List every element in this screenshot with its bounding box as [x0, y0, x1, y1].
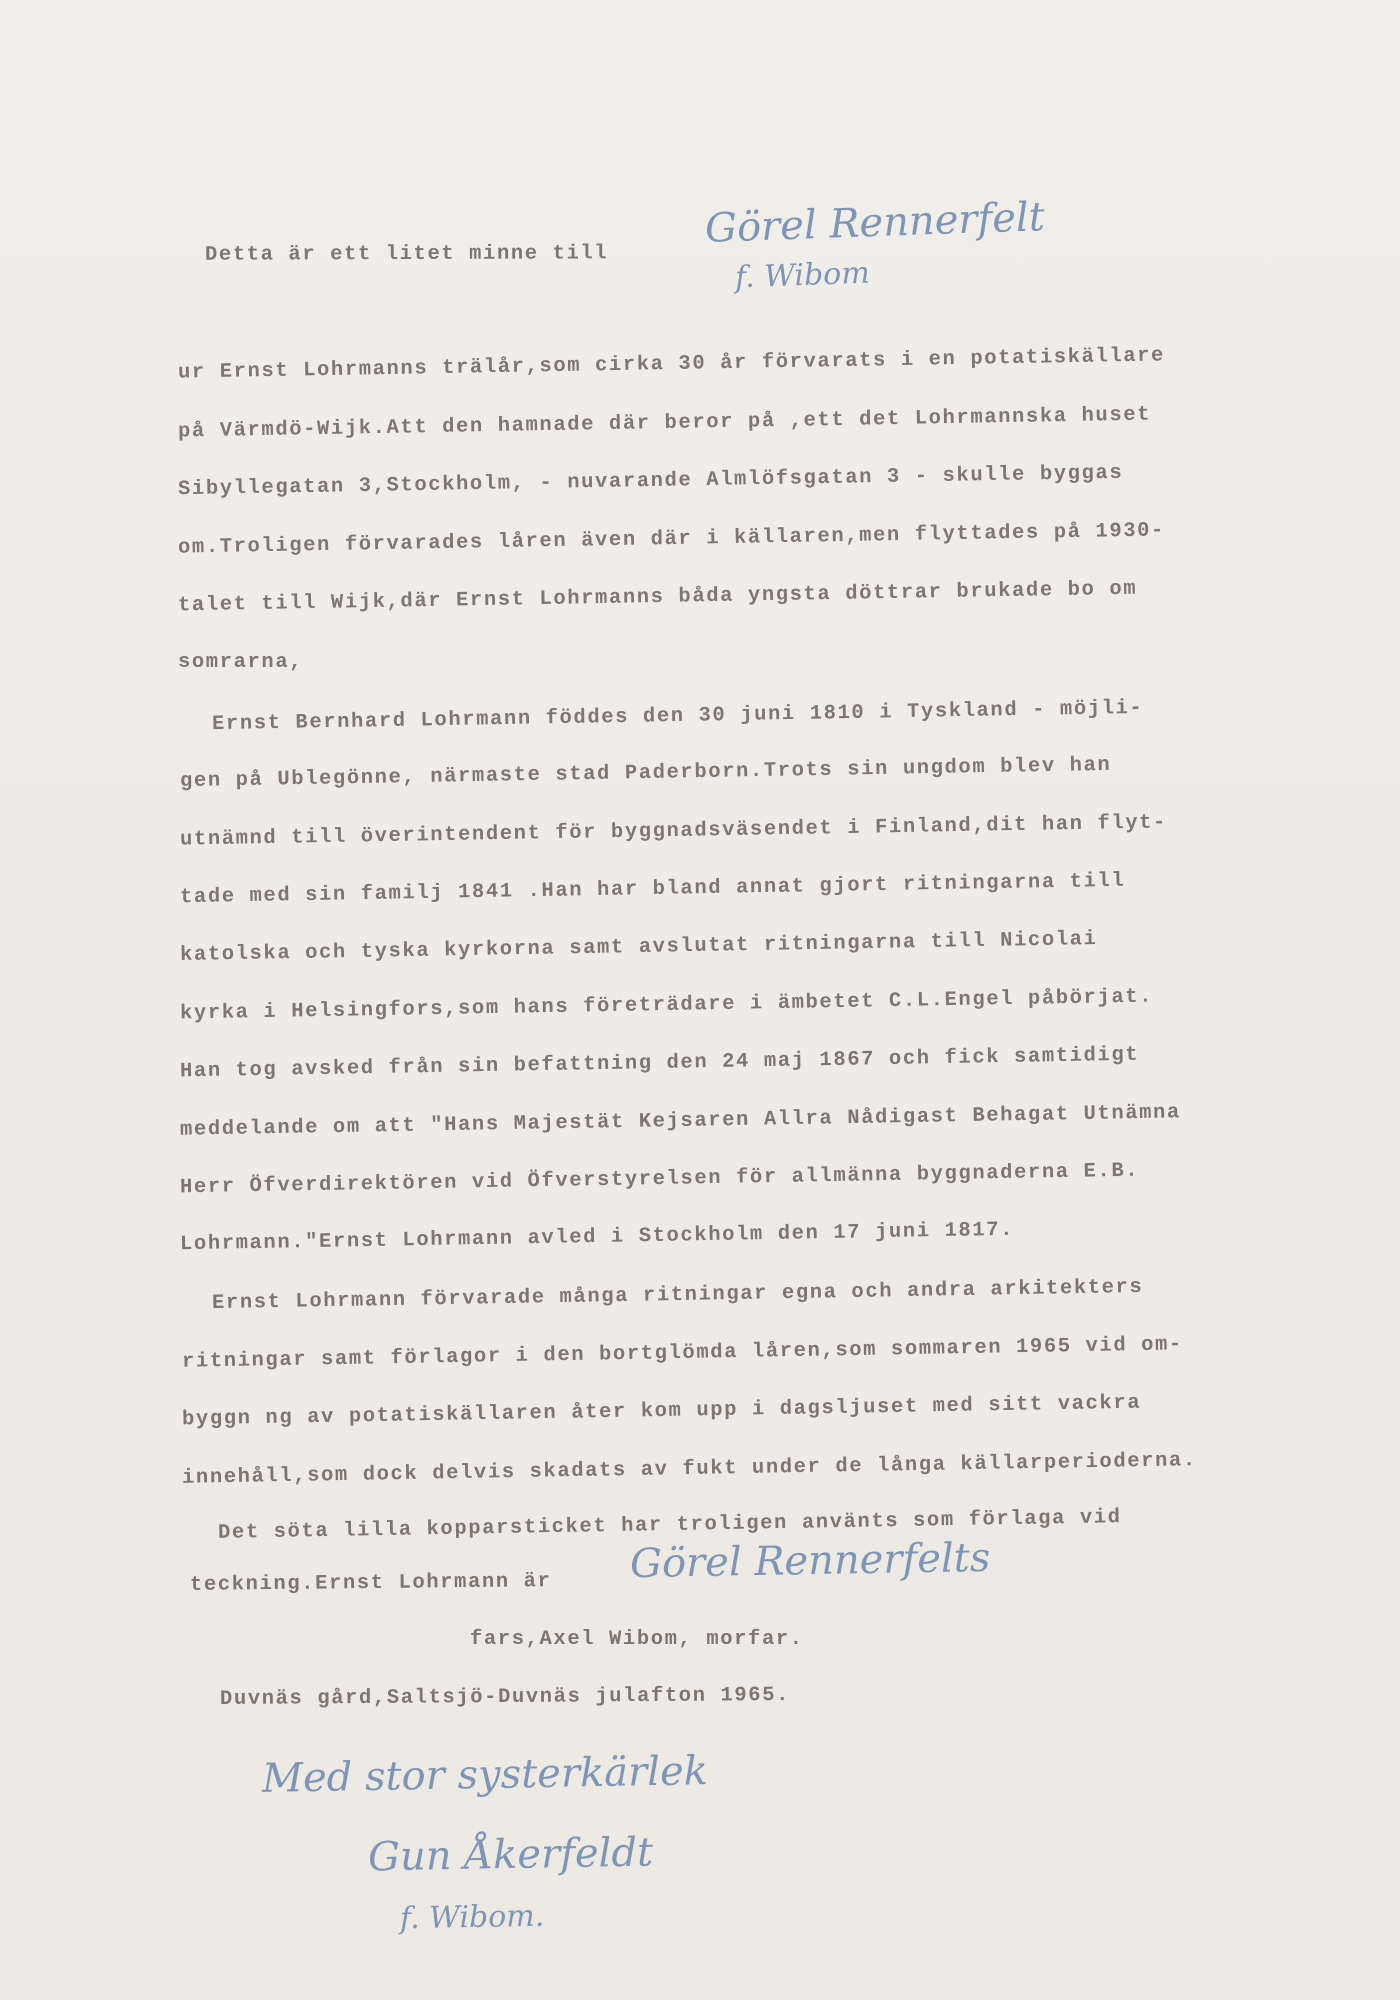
paragraph-1-line: talet till Wijk,där Ernst Lohrmanns båda… — [178, 578, 1138, 618]
paragraph-1-line: på Värmdö-Wijk.Att den hamnade där beror… — [178, 404, 1151, 444]
paragraph-2-line: Lohrmann."Ernst Lohrmann avled i Stockho… — [180, 1219, 1014, 1257]
paragraph-2-line: Han tog avsked från sin befattning den 2… — [180, 1044, 1140, 1084]
paragraph-1-line: somrarna, — [178, 651, 303, 674]
paragraph-4-line: teckning.Ernst Lohrmann är — [190, 1570, 552, 1597]
paragraph-2-line: tade med sin familj 1841 .Han har bland … — [180, 870, 1126, 909]
paragraph-2-line: Ernst Bernhard Lohrmann föddes den 30 ju… — [212, 697, 1144, 736]
paragraph-2-line: meddelande om att "Hans Majestät Kejsare… — [180, 1101, 1181, 1141]
paragraph-2-line: kyrka i Helsingfors,som hans företrädare… — [180, 986, 1153, 1026]
paragraph-1-line: om.Troligen förvarades låren även där i … — [178, 519, 1165, 559]
paragraph-3-line: innehåll,som dock delvis skadats av fukt… — [182, 1449, 1197, 1490]
paragraph-1-line: Sibyllegatan 3,Stockholm, - nuvarande Al… — [178, 462, 1124, 501]
place-and-date: Duvnäs gård,Saltsjö-Duvnäs julafton 1965… — [220, 1684, 790, 1711]
paragraph-2-line: utnämnd till överintendent för byggnadsv… — [180, 811, 1167, 851]
handwritten-recipient-maiden-name: f. Wibom — [734, 256, 870, 296]
paragraph-2-line: katolska och tyska kyrkorna samt avsluta… — [180, 928, 1098, 967]
handwritten-name-inline: Görel Rennerfelts — [630, 1535, 991, 1587]
document-page: Detta är ett litet minne till Görel Renn… — [0, 0, 1400, 2000]
paragraph-3-line: Ernst Lohrmann förvarade många ritningar… — [212, 1276, 1144, 1315]
paragraph-2-line: Herr Öfverdirektören vid Öfverstyrelsen … — [180, 1160, 1140, 1200]
handwritten-signature: Gun Åkerfeldt — [368, 1830, 654, 1881]
handwritten-signature-maiden-name: f. Wibom. — [400, 1899, 545, 1937]
paragraph-3-line: ritningar samt förlagor i den bortglömda… — [182, 1333, 1183, 1373]
paragraph-4-line: fars,Axel Wibom, morfar. — [470, 1628, 804, 1651]
handwritten-recipient-name: Görel Rennerfelt — [704, 194, 1045, 252]
paragraph-2-line: gen på Ublegönne, närmaste stad Paderbor… — [180, 754, 1112, 793]
handwritten-greeting: Med stor systerkärlek — [262, 1748, 709, 1802]
paragraph-1-line: ur Ernst Lohrmanns trälår,som cirka 30 å… — [178, 344, 1165, 384]
paragraph-3-line: byggn ng av potatiskällaren åter kom upp… — [182, 1392, 1142, 1432]
heading-typed-text: Detta är ett litet minne till — [205, 242, 608, 266]
